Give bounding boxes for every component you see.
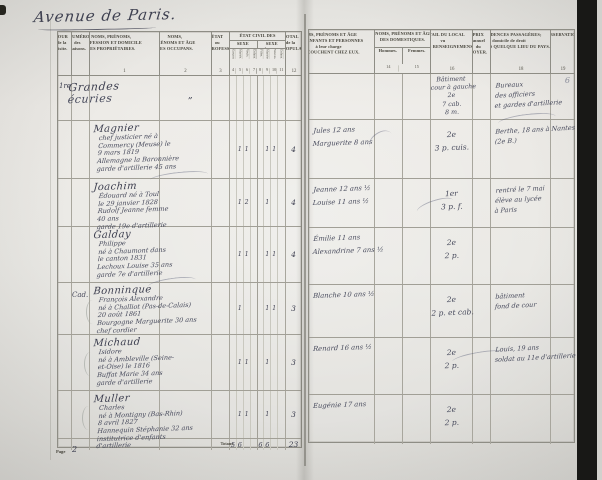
tally-mark: [278, 335, 285, 390]
civil-status-group-label: ÉTAT CIVIL DES HABITANS.: [230, 32, 285, 41]
col-header-civil-status-group: ÉTAT CIVIL DES HABITANS. SEXE MASCULIN. …: [230, 32, 286, 75]
total-value: 3: [291, 358, 296, 367]
table-row: Eugénie 17 ans 2e2 p.: [309, 395, 574, 444]
page-fold-line: [50, 20, 51, 460]
header-line: POPULATION.: [286, 46, 298, 52]
left-census-table: JOURde lavisite. NUMÉROdesmaisons. NOMS,…: [57, 31, 302, 448]
tally-mark: [230, 335, 237, 390]
vertical-label: Mariées.: [266, 49, 270, 59]
tally-mark: [264, 76, 271, 120]
column-number: 2: [184, 69, 186, 74]
tally-mark: [230, 179, 237, 226]
tally-mark: [244, 283, 251, 334]
total-value: 3: [291, 410, 296, 419]
tally-mark: 1: [237, 121, 244, 178]
tally-mark: [230, 121, 237, 178]
house-number-cell: [72, 121, 90, 178]
column-number: 19: [560, 67, 565, 72]
tally-mark: [251, 179, 258, 226]
day-cell: [58, 121, 72, 178]
day-cell: [58, 335, 72, 390]
pencil-mark: [84, 352, 97, 376]
tally-mark: [258, 227, 265, 282]
col-header-rent-price: PRIXannuelduLOYER. 17: [473, 30, 491, 73]
table-row: Magnier chef justicier né àCommercy (Meu…: [58, 121, 301, 179]
temporary-residence-cell: rentré le 7 maiélève au lycéeà Paris: [491, 179, 551, 227]
temporary-residence-cell: Berthe, 18 ans à Nantes(2e B.): [491, 120, 551, 178]
handwriting-line: 2 p.: [431, 248, 472, 263]
col-header-profession: ÉTATouPROFESSION. 3: [212, 32, 230, 75]
subheader-men: Hommes.: [375, 48, 403, 64]
civil-status-tallies: 111: [230, 283, 286, 334]
tally-mark: 1: [237, 335, 244, 390]
page-number: 2: [72, 445, 77, 454]
temporary-residence-cell: [491, 228, 551, 284]
table-row: Émilie 11 ansAlexandrine 7 ans ½ 2e2 p.: [309, 228, 574, 285]
col-header-day: JOURde lavisite.: [58, 32, 72, 75]
day-cell: [58, 283, 72, 334]
observations-cell: [551, 228, 574, 284]
tally-mark: 1: [244, 391, 251, 438]
table-row: Jules 12 ansMarguerite 8 ans 2e3 p. cuis…: [309, 120, 574, 179]
tally-mark: [278, 283, 285, 334]
house-number-cell: [72, 227, 90, 282]
pencil-mark: [82, 406, 95, 430]
sex-subheaders: SEXE MASCULIN. SEXE FÉMININ.: [230, 41, 285, 49]
tally-mark: [251, 121, 258, 178]
vertical-label: Veuves.: [273, 49, 277, 59]
tally-total: 6: [258, 439, 265, 450]
header-line: DES DOMESTIQUES.: [375, 37, 429, 43]
tally-mark: 1: [244, 121, 251, 178]
rent-price-cell: [473, 285, 491, 337]
tally-mark: [258, 335, 265, 390]
profession-cell: [212, 76, 230, 120]
handwritten-entry: Michaud Isidorené à Ambleville (Seine-et…: [90, 334, 225, 388]
handwriting-line: 8 m.: [431, 108, 472, 118]
rent-price-cell: [473, 395, 491, 444]
tally-mark: [278, 76, 285, 120]
handwritten-entry: Joachim Édouard né à Toulle 29 janvier 1…: [90, 178, 225, 232]
tally-mark: 2: [244, 179, 251, 226]
population-total-cell: 3: [286, 283, 301, 334]
tally-mark: [244, 76, 251, 120]
page-label: Page: [56, 449, 65, 454]
civil-status-vertical-labels: Garçons.Mariés.Veufs.Enfans. Filles.Mari…: [230, 49, 285, 67]
proprietor-cell: Michaud Isidorené à Ambleville (Seine-et…: [90, 335, 160, 390]
header-line: DANS QUELQUE LIEU DU PAYS.: [491, 44, 538, 50]
column-number: 7: [252, 68, 257, 74]
col-header-proprietors: NOMS, PRÉNOMS,PROFESSION ET DOMICILEDES …: [90, 32, 160, 75]
table-row: Renard 16 ans ½ 2e2 p. Louis, 19 anssold…: [309, 338, 574, 395]
subheader-female: SEXE FÉMININ.: [258, 41, 286, 48]
population-total-cell: 4: [286, 227, 301, 282]
column-number: 16: [449, 67, 454, 72]
tally-total: 5: [230, 439, 237, 450]
col-header-house-number: NUMÉROdesmaisons.: [72, 32, 90, 75]
population-total-cell: 3: [286, 391, 301, 438]
right-table-header: NOMS, PRÉNOMS ET ÂGEDES ENFANTS ET PERSO…: [309, 30, 574, 74]
tally-mark: [230, 283, 237, 334]
column-number: 11: [279, 68, 284, 74]
children-cell: Renard 16 ans ½: [309, 338, 375, 394]
rent-price-cell: [473, 179, 491, 227]
header-line: DES ENFANTS ET PERSONNES: [309, 38, 361, 44]
tally-mark: 1: [264, 335, 271, 390]
vertical-label: Enfans.: [280, 49, 284, 59]
header-line: LOYER.: [473, 50, 487, 56]
day-cell: [58, 391, 72, 438]
tally-mark: [278, 121, 285, 178]
scanned-census-register: Avenue de Paris. JOURde lavisite. NUMÉRO…: [0, 0, 602, 480]
tally-mark: [258, 391, 265, 438]
column-number: 15: [407, 65, 426, 71]
children-cell: Jeanne 12 ans ½Louise 11 ans ½: [309, 179, 375, 227]
column-number: 3: [219, 69, 221, 74]
col-header-children: NOMS, PRÉNOMS ET ÂGEDES ENFANTS ET PERSO…: [309, 30, 375, 73]
header-line: PRÉNOMS ET ÂGE: [160, 40, 201, 46]
street-title-handwritten: Avenue de Paris.: [33, 4, 235, 26]
tally-mark: [251, 227, 258, 282]
dwelling-detail-cell: 2e3 p. cuis.: [431, 120, 473, 178]
total-value: 4: [291, 250, 296, 259]
header-line: visite.: [58, 46, 68, 52]
table-row: Galday Philippené à Chaumont dansle cant…: [58, 227, 301, 283]
scan-corner-mark: [0, 5, 6, 15]
tally-mark: [251, 76, 258, 120]
civil-status-tallies: 111: [230, 335, 286, 390]
temporary-residence-cell: [491, 395, 551, 444]
header-line: DES RENSEIGNEMENS.: [431, 44, 464, 50]
servants-group-label: NOMS, PRÉNOMS ET ÂGEDES DOMESTIQUES.: [375, 30, 430, 48]
table-row: 1re Grandes écuries „: [58, 76, 301, 121]
rent-price-cell: [473, 338, 491, 394]
tally-mark: 1: [244, 335, 251, 390]
header-line: DÉTAIL DU LOCAL: [431, 32, 464, 38]
header-line: annuel: [473, 38, 487, 44]
population-total-cell: [286, 76, 301, 120]
handwritten-entry: Galday Philippené à Chaumont dansle cant…: [90, 226, 225, 280]
tally-mark: [278, 179, 285, 226]
right-census-table: NOMS, PRÉNOMS ET ÂGEDES ENFANTS ET PERSO…: [308, 29, 575, 443]
servants-subheaders: Hommes. Femmes.: [375, 48, 430, 64]
column-number: 1: [123, 69, 125, 74]
col-header-servants-group: NOMS, PRÉNOMS ET ÂGEDES DOMESTIQUES. Hom…: [375, 30, 431, 73]
civil-status-tallies: [230, 76, 286, 120]
tally-mark: [251, 335, 258, 390]
tally-mark: [258, 283, 265, 334]
tally-mark: 1: [271, 283, 278, 334]
dwelling-detail-cell: 2e2 p.: [431, 228, 473, 284]
column-number: 6: [245, 68, 250, 74]
house-number-cell: [72, 179, 90, 226]
tally-mark: [271, 76, 278, 120]
civil-status-column-numbers: 4567891011: [230, 67, 285, 75]
scan-edge-sliver: [597, 0, 602, 480]
dwelling-detail-cell: 2e2 p.: [431, 338, 473, 394]
dwelling-detail-cell: 2e2 p.: [431, 395, 473, 444]
tally-mark: [271, 391, 278, 438]
pencil-mark: [86, 300, 99, 324]
dwelling-detail-cell: Bâtimentcour à gauche2e7 cab.8 m.: [431, 74, 473, 119]
tally-mark: 1: [271, 121, 278, 178]
tally-total: [278, 439, 285, 450]
tally-mark: [271, 335, 278, 390]
tally-mark: [230, 76, 237, 120]
handwritten-entry: Bonninque François Alexandrené à Challio…: [90, 282, 225, 336]
children-cell: Jules 12 ansMarguerite 8 ans: [309, 120, 375, 178]
dwelling-detail-cell: 2e2 p. et cab.: [431, 285, 473, 337]
column-number: 8: [258, 68, 263, 74]
col-header-temporary-residences: RÉSIDENCES PASSAGÈRES;domicile de droitD…: [491, 30, 551, 73]
children-cell: [309, 74, 375, 119]
tally-total: [271, 439, 278, 450]
tally-mark: 1: [237, 179, 244, 226]
temporary-residence-cell: bâtimentfond de cour: [491, 285, 551, 337]
header-line: QUI COUCHENT CHEZ EUX.: [309, 50, 361, 56]
total-value: 3: [291, 304, 296, 313]
page-gutter: [304, 14, 306, 466]
subheader-male: SEXE MASCULIN.: [230, 41, 258, 48]
proprietor-cell: Grandes écuries: [90, 76, 160, 120]
tally-mark: [258, 76, 265, 120]
header-line: PROFESSION ET DOMICILE: [90, 40, 145, 46]
tally-mark: 1: [271, 227, 278, 282]
handwritten-entry: Muller Charlesné à Montigny (Bas-Rhin)8 …: [90, 390, 226, 452]
tally-total: 6: [237, 439, 244, 450]
children-cell: Eugénie 17 ans: [309, 395, 375, 444]
rent-price-cell: [473, 74, 491, 119]
population-total-cell: 3: [286, 335, 301, 390]
column-number: 10: [272, 68, 277, 74]
handwriting-line: 2 p.: [431, 415, 472, 430]
children-cell: Blanche 10 ans ½: [309, 285, 375, 337]
tally-mark: 1: [264, 179, 271, 226]
column-number: 5: [238, 68, 243, 74]
tally-mark: 1: [237, 391, 244, 438]
margin-note: Cad.: [72, 291, 88, 299]
tally-mark: 1: [264, 391, 271, 438]
tally-mark: 1: [264, 227, 271, 282]
vertical-label: Filles.: [259, 49, 263, 59]
handwritten-entry: Magnier chef justicier né àCommercy (Meu…: [90, 120, 225, 174]
tally-mark: 1: [244, 227, 251, 282]
proprietor-cell: Bonninque François Alexandrené à Challio…: [90, 283, 160, 334]
proprietor-cell: Muller Charlesné à Montigny (Bas-Rhin)8 …: [90, 391, 160, 438]
children-cell: Émilie 11 ansAlexandrine 7 ans ½: [309, 228, 375, 284]
handwriting-line: 3 p. cuis.: [431, 140, 472, 155]
column-number: 4: [231, 68, 236, 74]
tally-mark: 1: [264, 283, 271, 334]
header-line: maisons.: [72, 46, 86, 52]
tally-mark: [230, 391, 237, 438]
civil-status-tallies: 1111: [230, 227, 286, 282]
col-header-population-total: TOTALde laPOPULATION. 12: [286, 32, 301, 75]
grand-total-cell: 23: [286, 439, 301, 450]
temporary-residence-cell: Louis, 19 anssoldat au 11e d'artillerie: [491, 338, 551, 394]
civil-status-tallies: 121: [230, 179, 286, 226]
left-table-header: JOURde lavisite. NUMÉROdesmaisons. NOMS,…: [58, 32, 301, 76]
header-line: DES OCCUPANS.: [160, 46, 201, 52]
tally-mark: [278, 227, 285, 282]
day-cell: [58, 179, 72, 226]
tally-mark: [271, 179, 278, 226]
vertical-label: Veufs.: [245, 49, 249, 59]
total-value: 4: [291, 198, 296, 207]
col-header-occupants: NOMS,PRÉNOMS ET ÂGEDES OCCUPANS. 2: [160, 32, 212, 75]
tally-total: 6: [264, 439, 271, 450]
total-value: 4: [291, 145, 296, 154]
column-number: 14: [379, 65, 398, 71]
tally-mark: 1: [264, 121, 271, 178]
vertical-label: Enfans.: [252, 49, 256, 59]
tally-total: [251, 439, 258, 450]
tally-mark: [251, 283, 258, 334]
handwriting-line: 2 p. et cab.: [431, 305, 472, 320]
column-number: 9: [265, 68, 270, 74]
population-total-cell: 4: [286, 179, 301, 226]
handwritten-entry: Grandes écuries: [65, 78, 199, 108]
tally-mark: [278, 391, 285, 438]
servants-men-cell: [375, 74, 403, 119]
col-header-observations: OBSERVATIONS. 19: [551, 30, 574, 73]
tally-mark: [258, 121, 265, 178]
header-line: PROFESSION.: [212, 46, 226, 52]
vertical-label: Garçons.: [232, 49, 236, 59]
proprietor-cell: Magnier chef justicier né àCommercy (Meu…: [90, 121, 160, 178]
tally-mark: [230, 227, 237, 282]
tally-mark: [258, 179, 265, 226]
proprietor-cell: Galday Philippené à Chaumont dansle cant…: [90, 227, 160, 282]
proprietor-cell: Joachim Édouard né à Toulle 29 janvier 1…: [90, 179, 160, 226]
tally-mark: [251, 391, 258, 438]
rent-price-cell: [473, 120, 491, 178]
column-number: 18: [518, 67, 523, 72]
vertical-label: Mariés.: [238, 49, 242, 59]
servants-women-cell: [403, 74, 431, 119]
header-line: DES PROPRIÉTAIRES.: [90, 46, 145, 52]
col-header-dwelling-detail: DÉTAIL DU LOCALvuDES RENSEIGNEMENS. 16: [431, 30, 473, 73]
column-number: 12: [291, 69, 296, 74]
rent-price-cell: [473, 228, 491, 284]
observations-cell: [551, 395, 574, 444]
servants-column-numbers: 14 15: [375, 64, 430, 73]
population-total-cell: 4: [286, 121, 301, 178]
civil-status-tallies: 111: [230, 391, 286, 438]
table-row: Blanche 10 ans ½ 2e2 p. et cab. bâtiment…: [309, 285, 574, 338]
tally-mark: 1: [237, 227, 244, 282]
table-row: Joachim Édouard né à Toulle 29 janvier 1…: [58, 179, 301, 227]
civil-status-tallies: 1111: [230, 121, 286, 178]
tally-total: [244, 439, 251, 450]
totals-tallies: 5666: [230, 439, 286, 450]
tally-mark: 1: [237, 283, 244, 334]
day-cell: [58, 227, 72, 282]
grand-total-value: 23: [289, 440, 299, 449]
subheader-women: Femmes.: [403, 48, 431, 64]
tally-mark: [237, 76, 244, 120]
